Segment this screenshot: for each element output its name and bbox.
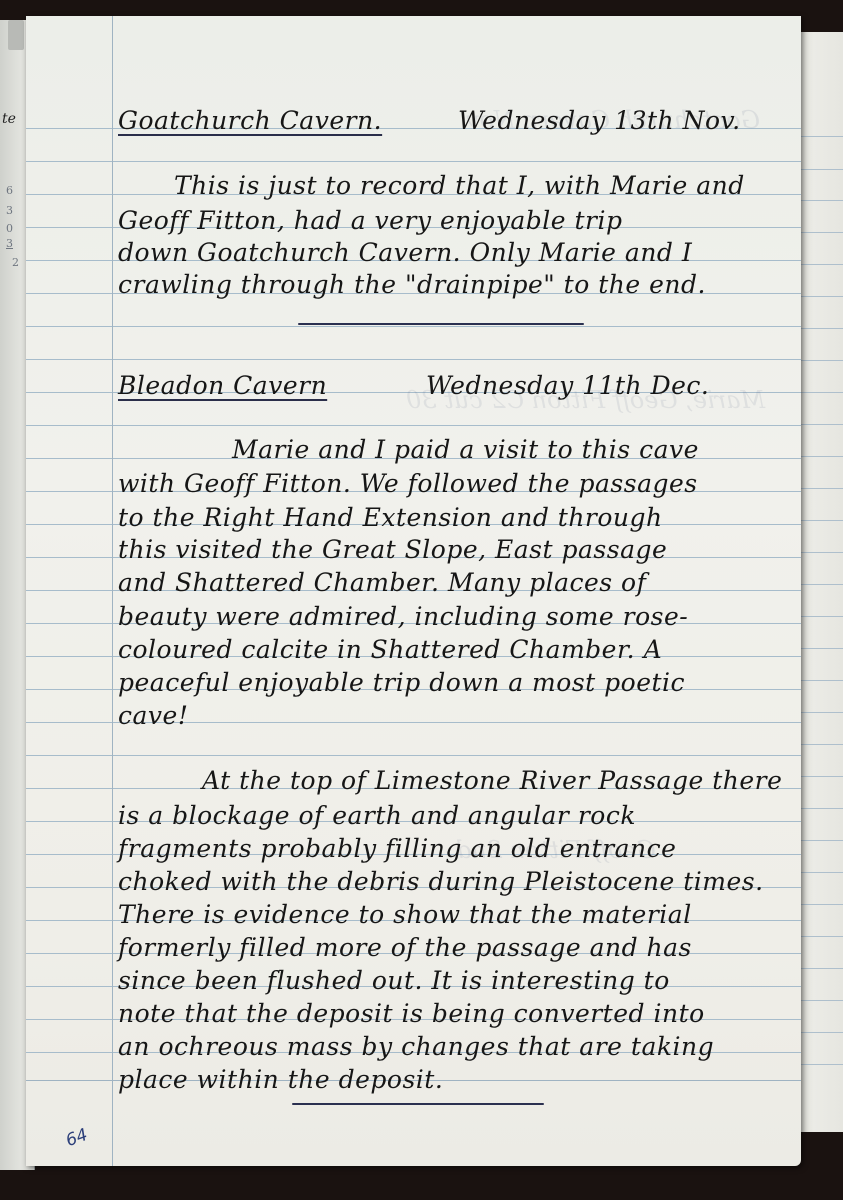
text-line: There is evidence to show that the mater… bbox=[118, 902, 692, 927]
text-line: note that the deposit is being converted… bbox=[118, 1001, 705, 1026]
notebook-page: Goatchurch Cavern Nov Marie, Geoff Fitto… bbox=[26, 16, 801, 1166]
binding-tab bbox=[8, 20, 24, 50]
left-page-number: 3 bbox=[6, 238, 13, 249]
right-next-page-edge bbox=[801, 32, 843, 1132]
text-line: beauty were admired, including some rose… bbox=[118, 604, 688, 629]
text-line: crawling through the "drainpipe" to the … bbox=[118, 272, 706, 297]
text-line: and Shattered Chamber. Many places of bbox=[118, 570, 646, 595]
entry-heading: Goatchurch Cavern. bbox=[118, 108, 382, 133]
entry-heading: Bleadon Cavern bbox=[118, 373, 327, 398]
text-line: to the Right Hand Extension and through bbox=[118, 505, 663, 530]
text-line: formerly filled more of the passage and … bbox=[118, 935, 692, 960]
text-line: down Goatchurch Cavern. Only Marie and I bbox=[118, 240, 692, 265]
text-line: place within the deposit. bbox=[118, 1067, 443, 1092]
left-page-number: 6 bbox=[6, 185, 13, 196]
margin-line bbox=[112, 16, 113, 1166]
left-page-text-fragment: te bbox=[2, 112, 16, 126]
notebook-photo: te 6 3 0 3 2 bbox=[0, 0, 843, 1200]
text-line: cave! bbox=[118, 703, 188, 728]
text-line: coloured calcite in Shattered Chamber. A bbox=[118, 637, 662, 662]
text-line: with Geoff Fitton. We followed the passa… bbox=[118, 471, 698, 496]
page-number: 64 bbox=[63, 1125, 90, 1151]
text-line: choked with the debris during Pleistocen… bbox=[118, 869, 764, 894]
entry-date: Wednesday 13th Nov. bbox=[458, 108, 741, 133]
entry-divider bbox=[292, 1103, 544, 1105]
left-page-number: 3 bbox=[6, 205, 13, 216]
text-line: this visited the Great Slope, East passa… bbox=[118, 537, 667, 562]
text-line: an ochreous mass by changes that are tak… bbox=[118, 1034, 714, 1059]
left-page-number: 0 bbox=[6, 223, 13, 234]
entry-divider bbox=[298, 323, 584, 325]
text-line: Marie and I paid a visit to this cave bbox=[232, 437, 699, 462]
text-line: fragments probably filling an old entran… bbox=[118, 836, 676, 861]
text-line: peaceful enjoyable trip down a most poet… bbox=[118, 670, 685, 695]
text-line: This is just to record that I, with Mari… bbox=[174, 173, 745, 198]
text-line: is a blockage of earth and angular rock bbox=[118, 803, 636, 828]
entry-date: Wednesday 11th Dec. bbox=[426, 373, 709, 398]
text-line: Geoff Fitton, had a very enjoyable trip bbox=[118, 208, 622, 233]
text-line: At the top of Limestone River Passage th… bbox=[202, 768, 782, 793]
text-line: since been flushed out. It is interestin… bbox=[118, 968, 670, 993]
left-page-number: 2 bbox=[12, 257, 19, 268]
